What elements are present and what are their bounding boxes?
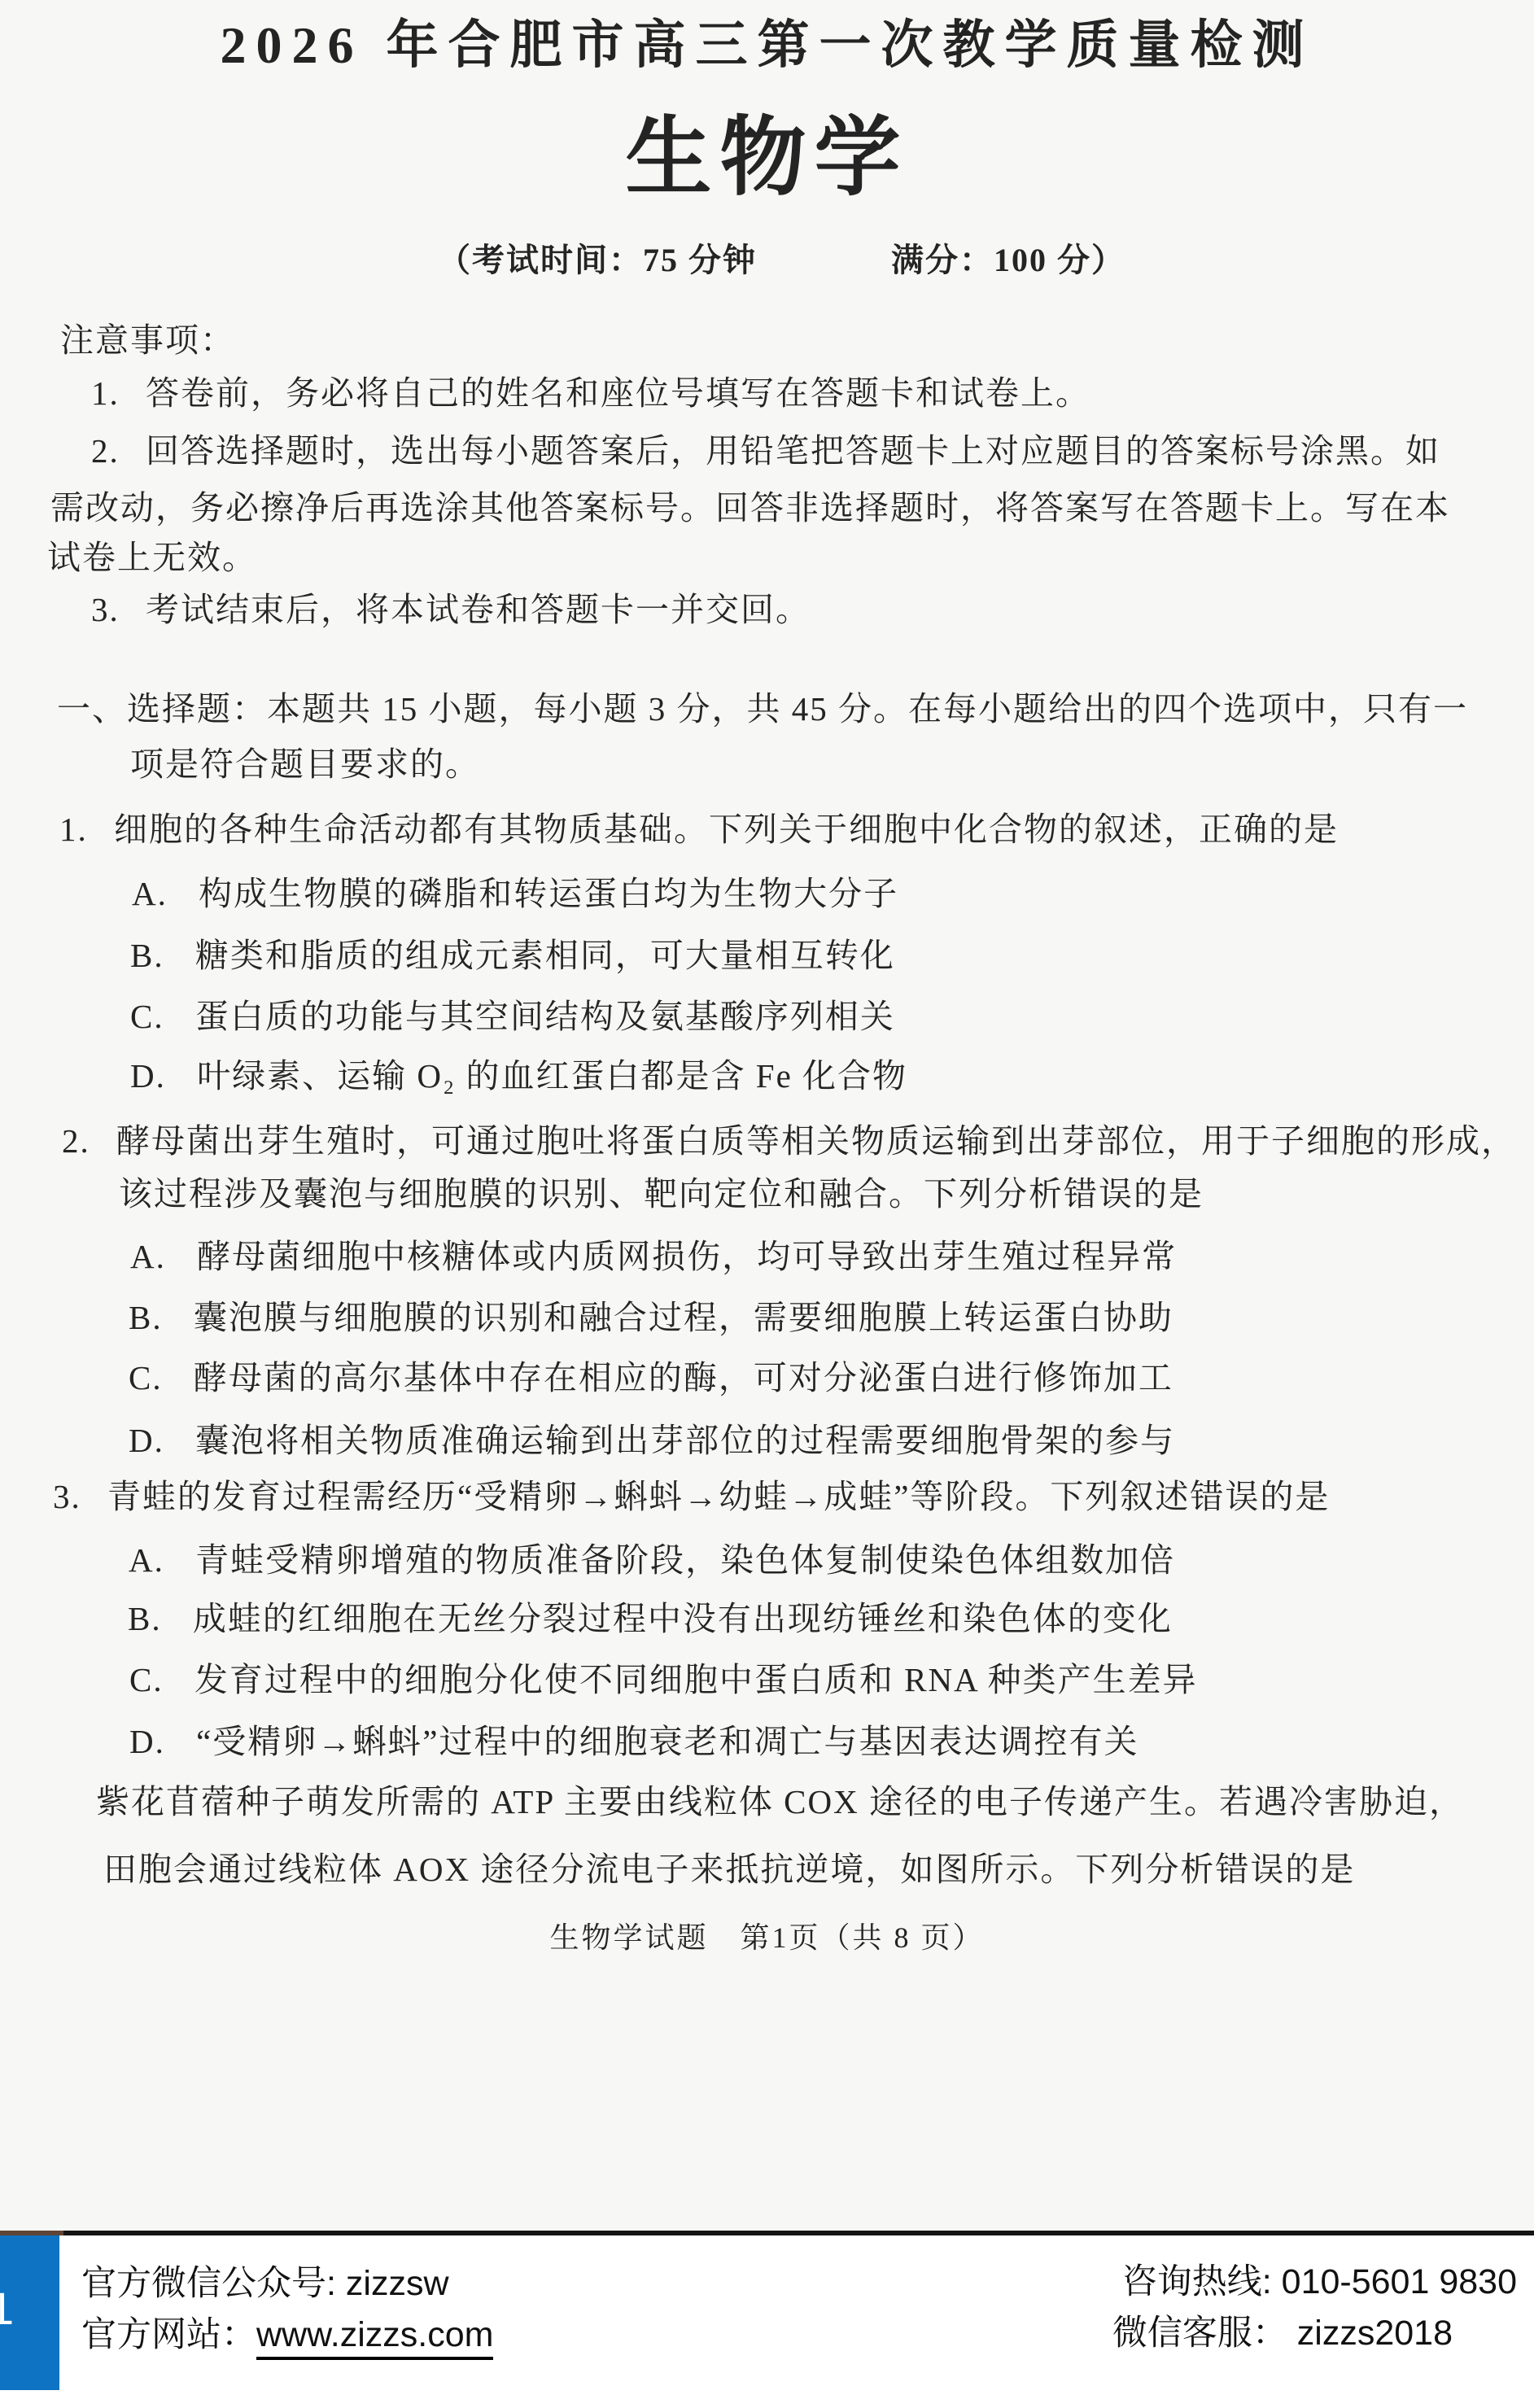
notice-item-text: 答卷前，务必将自己的姓名和座位号填写在答题卡和试卷上。 (146, 374, 1090, 412)
q3-option-a: A. 青蛙受精卵增殖的物质准备阶段，染色体复制使染色体组数加倍 (129, 1544, 1175, 1577)
wechat-official-account: 官方微信公众号: zizzsw (81, 2266, 449, 2301)
question-number: 1. (59, 813, 88, 846)
option-text: 蛋白质的功能与其空间结构及氨基酸序列相关 (195, 998, 895, 1035)
q1-option-d: D. 叶绿素、运输 O₂ 的血红蛋白都是含 Fe 化合物 (130, 1060, 907, 1093)
question-number: 3. (53, 1480, 81, 1514)
question-stem-text: 酵母菌出芽生殖时，可通过胞吐将蛋白质等相关物质运输到出芽部位，用于子细胞的形成， (116, 1122, 1516, 1160)
full-score: 满分：100 分） (891, 244, 1125, 277)
q3-option-d: D. “受精卵→蝌蚪”过程中的细胞衰老和凋亡与基因表达调控有关 (129, 1725, 1139, 1759)
option-text: 叶绿素、运输 O₂ 的血红蛋白都是含 Fe 化合物 (197, 1057, 907, 1095)
option-text: 青蛙受精卵增殖的物质准备阶段，染色体复制使染色体组数加倍 (195, 1541, 1175, 1579)
exam-title: 2026 年合肥市高三第一次教学质量检测 (0, 20, 1534, 72)
website-link[interactable]: www.zizzs.com (256, 2318, 493, 2360)
question-2-stem-line-2: 该过程涉及囊泡与细胞膜的识别、靶向定位和融合。下列分析错误的是 (119, 1178, 1204, 1211)
q1-option-b: B. 糖类和脂质的组成元素相同，可大量相互转化 (130, 939, 895, 972)
option-label: C. (130, 1000, 164, 1034)
q2-option-c: C. 酵母菌的高尔基体中存在相应的酶，可对分泌蛋白进行修饰加工 (129, 1361, 1173, 1395)
page-indicator-bar: 1 (0, 2235, 59, 2390)
option-label: D. (129, 1424, 164, 1457)
q2-option-d: D. 囊泡将相关物质准确运输到出芽部位的过程需要细胞骨架的参与 (129, 1424, 1175, 1457)
option-text: 发育过程中的细胞分化使不同细胞中蛋白质和 RNA 种类产生差异 (194, 1661, 1198, 1698)
notice-item-2-line-2: 需改动，务必擦净后再选涂其他答案标号。回答非选择题时，将答案写在答题卡上。写在本 (50, 492, 1450, 525)
q1-option-c: C. 蛋白质的功能与其空间结构及氨基酸序列相关 (130, 1000, 895, 1034)
website-label: 官方网站： (81, 2315, 256, 2354)
notice-item-text: 回答选择题时，选出每小题答案后，用铅笔把答题卡上对应题目的答案标号涂黑。如 (146, 432, 1440, 470)
option-text: 糖类和脂质的组成元素相同，可大量相互转化 (195, 937, 895, 974)
notice-item-number: 3. (91, 593, 120, 627)
q3-option-c: C. 发育过程中的细胞分化使不同细胞中蛋白质和 RNA 种类产生差异 (129, 1663, 1198, 1697)
notice-item-2-line-1: 2. 回答选择题时，选出每小题答案后，用铅笔把答题卡上对应题目的答案标号涂黑。如 (91, 435, 1440, 468)
option-label: B. (130, 939, 164, 972)
option-label: B. (128, 1602, 162, 1636)
official-website: 官方网站：www.zizzs.com (81, 2318, 493, 2360)
wechat-service: 微信客服： zizzs2018 (1112, 2316, 1453, 2351)
question-4-stem-line-2: 田胞会通过线粒体 AOX 途径分流电子来抵抗逆境，如图所示。下列分析错误的是 (103, 1853, 1355, 1886)
notice-item-number: 2. (91, 435, 120, 468)
question-3-stem: 3. 青蛙的发育过程需经历“受精卵→蝌蚪→幼蛙→成蛙”等阶段。下列叙述错误的是 (53, 1480, 1330, 1514)
option-text: “受精卵→蝌蚪”过程中的细胞衰老和凋亡与基因表达调控有关 (196, 1723, 1138, 1760)
option-label: A. (129, 1544, 164, 1577)
option-label: A. (132, 877, 168, 911)
option-label: C. (129, 1663, 164, 1697)
question-2-stem-line-1: 2. 酵母菌出芽生殖时，可通过胞吐将蛋白质等相关物质运输到出芽部位，用于子细胞的… (62, 1125, 1516, 1158)
option-text: 囊泡膜与细胞膜的识别和融合过程，需要细胞膜上转运蛋白协助 (194, 1299, 1173, 1336)
divider-line (0, 2231, 1534, 2235)
notice-heading: 注意事项： (60, 324, 235, 357)
subject-title: 生物学 (0, 116, 1534, 202)
notice-item-3: 3. 考试结束后，将本试卷和答题卡一并交回。 (91, 593, 811, 627)
section-heading-line-2: 项是符合题目要求的。 (130, 748, 480, 781)
option-text: 酵母菌的高尔基体中存在相应的酶，可对分泌蛋白进行修饰加工 (194, 1359, 1173, 1396)
notice-item-number: 1. (91, 377, 120, 410)
option-label: C. (129, 1361, 163, 1395)
option-text: 构成生物膜的磷脂和转运蛋白均为生物大分子 (199, 875, 898, 912)
exam-meta: （考试时间：75 分钟 满分：100 分） (438, 244, 1125, 277)
question-number: 2. (62, 1125, 90, 1158)
option-label: A. (130, 1240, 166, 1274)
exam-time: （考试时间：75 分钟 (438, 244, 757, 277)
question-4-stem-line-1: 紫花苜蓿种子萌发所需的 ATP 主要由线粒体 COX 途径的电子传递产生。若遇冷… (96, 1785, 1464, 1819)
q3-option-b: B. 成蛙的红细胞在无丝分裂过程中没有出现纺锤丝和染色体的变化 (128, 1602, 1173, 1636)
option-label: D. (129, 1725, 165, 1759)
section-heading-line-1: 一、选择题：本题共 15 小题，每小题 3 分，共 45 分。在每小题给出的四个… (57, 693, 1468, 726)
q2-option-a: A. 酵母菌细胞中核糖体或内质网损伤，均可导致出芽生殖过程异常 (130, 1240, 1177, 1274)
q1-option-a: A. 构成生物膜的磷脂和转运蛋白均为生物大分子 (132, 877, 898, 911)
option-label: B. (129, 1301, 163, 1335)
question-stem-text: 细胞的各种生命活动都有其物质基础。下列关于细胞中化合物的叙述，正确的是 (114, 811, 1339, 848)
option-text: 酵母菌细胞中核糖体或内质网损伤，均可导致出芽生殖过程异常 (197, 1238, 1177, 1275)
page-footer-label: 生物学试题 第1页（共 8 页） (0, 1923, 1534, 1952)
question-1-stem: 1. 细胞的各种生命活动都有其物质基础。下列关于细胞中化合物的叙述，正确的是 (59, 813, 1339, 846)
q2-option-b: B. 囊泡膜与细胞膜的识别和融合过程，需要细胞膜上转运蛋白协助 (129, 1301, 1173, 1335)
hotline: 咨询热线: 010-5601 9830 (1122, 2265, 1517, 2300)
notice-item-2-line-3: 试卷上无效。 (47, 541, 257, 575)
scanned-exam-page: { "colors": { "page_bg": "#f7f7f5", "acc… (0, 0, 1534, 2408)
notice-item-text: 考试结束后，将本试卷和答题卡一并交回。 (146, 591, 811, 628)
notice-item-1: 1. 答卷前，务必将自己的姓名和座位号填写在答题卡和试卷上。 (91, 377, 1090, 410)
option-text: 成蛙的红细胞在无丝分裂过程中没有出现纺锤丝和染色体的变化 (193, 1600, 1173, 1637)
option-text: 囊泡将相关物质准确运输到出芽部位的过程需要细胞骨架的参与 (195, 1422, 1175, 1459)
option-label: D. (130, 1060, 166, 1093)
page-indicator-number: 1 (0, 2286, 14, 2332)
question-stem-text: 青蛙的发育过程需经历“受精卵→蝌蚪→幼蛙→成蛙”等阶段。下列叙述错误的是 (107, 1478, 1330, 1515)
